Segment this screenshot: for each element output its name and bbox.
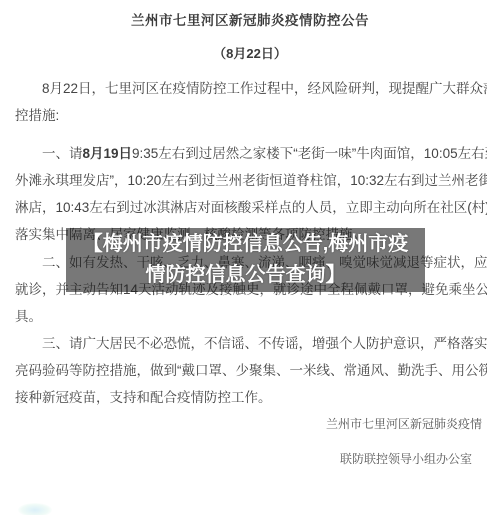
item-3-line-2: 亮码验码等防控措施，做到“戴口罩、少聚集、一米线、常通风、勤洗手、用公筷”，主动 [15,357,487,384]
signature-line-2: 联防联控领导小组办公室 [15,446,472,473]
item-1-bold-date: 8月19日 [83,146,133,161]
overlay-text-line-1: 【梅州市疫情防控信息公告,梅州市疫 [66,229,425,260]
document-date: （8月22日） [0,43,500,62]
item-1-lead: 一、请 [42,146,83,161]
intro-line-2: 控措施: [15,102,487,129]
intro-paragraph: 8月22日，七里河区在疫情防控工作过程中，经风险研判，现提醒广大群众落实好以下防… [15,75,487,129]
document-title: 兰州市七里河区新冠肺炎疫情防控公告 [0,9,500,29]
item-2-line-3: 具。 [15,303,487,330]
watermark-smudge [18,503,52,515]
signature-line-1: 兰州市七里河区新冠肺炎疫情 [15,411,482,438]
item-1-line-2: 外滩永琪理发店”，10:20左右到过兰州老街恒道脊柱馆，10:32左右到过兰州老… [15,167,487,194]
item-1-line-3: 淋店，10:43左右到过冰淇淋店对面核酸采样点的人员，立即主动向所在社区(村)报… [15,194,487,221]
item-3-line-3: 接种新冠疫苗，支持和配合疫情防控工作。 [15,384,487,411]
item-3-line-1: 三、请广大居民不必恐慌，不信谣、不传谣，增强个人防护意识，严格落实测温、扫码 [15,330,487,357]
item-1-line-1: 一、请8月19日9:35左右到过居然之家楼下“老街一味”牛肉面馆，10:05左右… [15,140,487,167]
intro-line-1: 8月22日，七里河区在疫情防控工作过程中，经风险研判，现提醒广大群众落实好以下防 [15,75,487,102]
overlay-text-line-2: 情防控信息公告查询】 [66,260,425,291]
item-1-line-1-rest: 9:35左右到过居然之家楼下“老街一味”牛肉面馆，10:05左右到过“金 [132,146,487,161]
caption-overlay-banner: 【梅州市疫情防控信息公告,梅州市疫 情防控信息公告查询】 [66,228,425,292]
notice-document-page: 兰州市七里河区新冠肺炎疫情防控公告 （8月22日） 8月22日，七里河区在疫情防… [0,0,500,515]
item-3-paragraph: 三、请广大居民不必恐慌，不信谣、不传谣，增强个人防护意识，严格落实测温、扫码 亮… [15,330,487,411]
